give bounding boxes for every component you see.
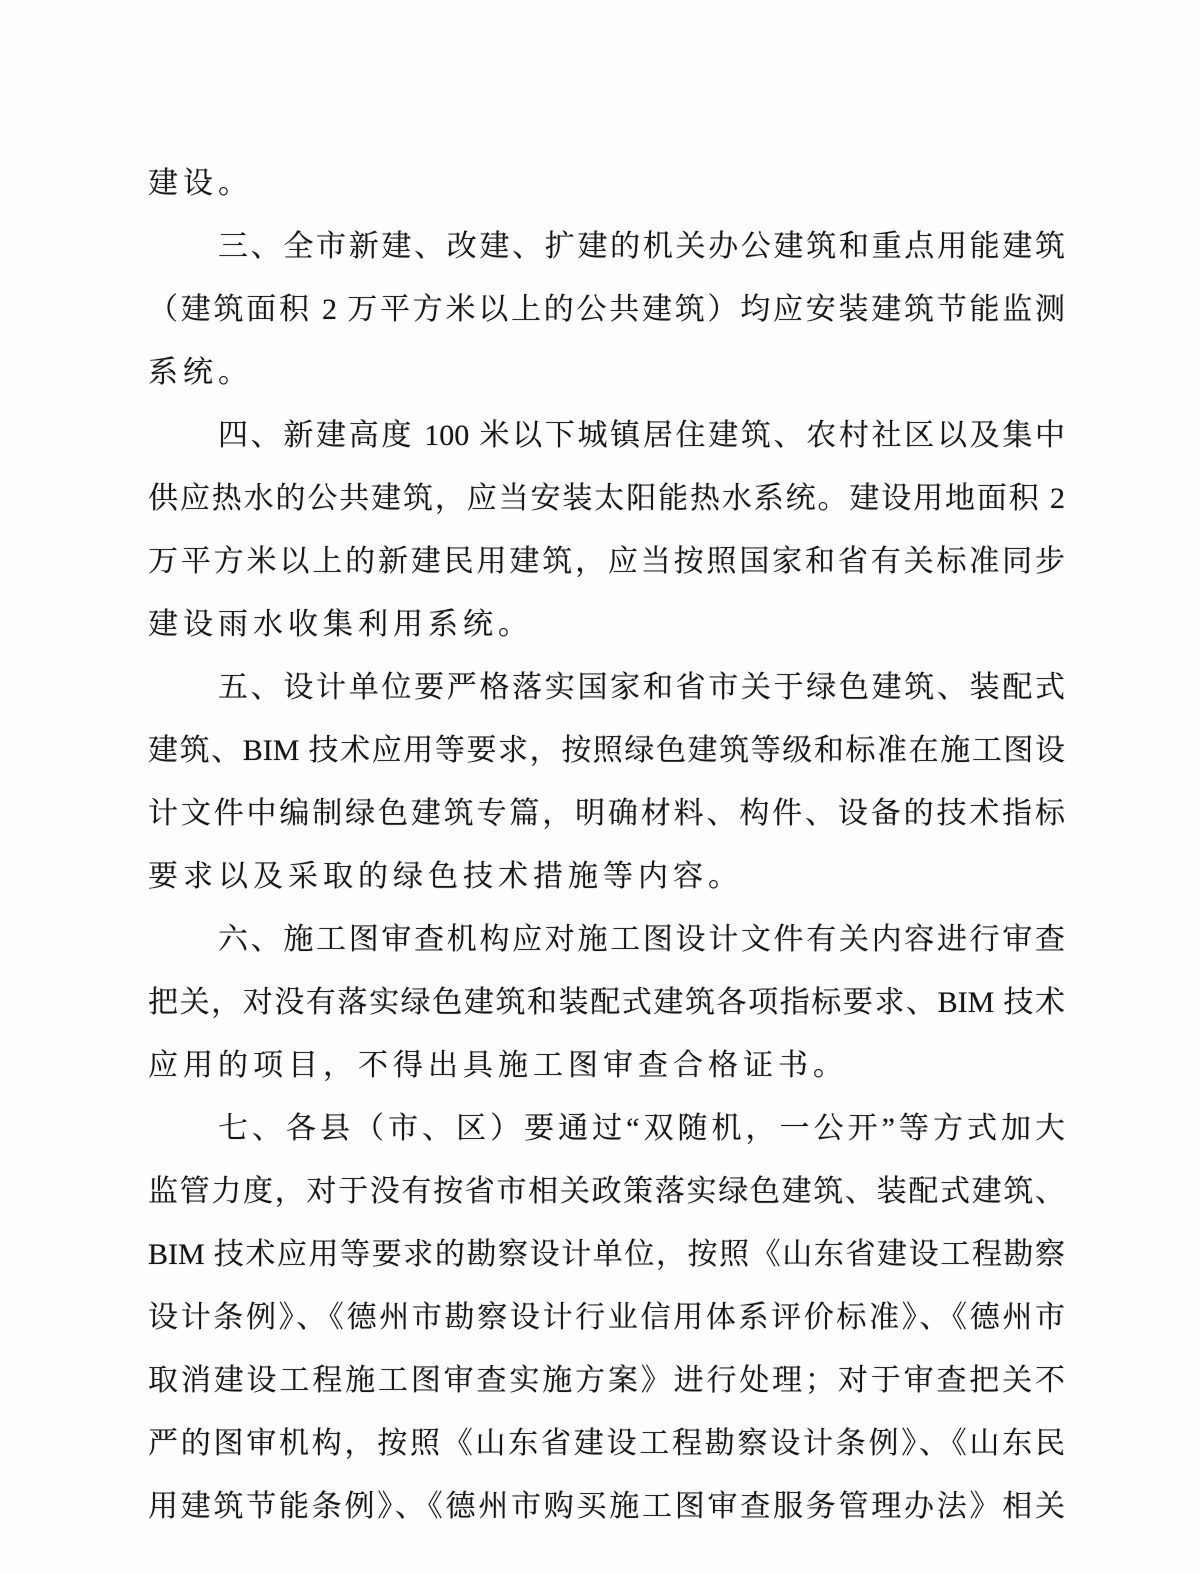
text-line: 用建筑节能条例》、《德州市购买施工图审查服务管理办法》相关 [148,1475,1065,1538]
text-line: 监管力度，对于没有按省市相关政策落实绿色建筑、装配式建筑、 [148,1160,1065,1223]
text-line: 把关，对没有落实绿色建筑和装配式建筑各项指标要求、BIM 技术 [148,971,1065,1034]
text-line: 供应热水的公共建筑，应当安装太阳能热水系统。建设用地面积 2 [148,467,1065,530]
text-line: 计文件中编制绿色建筑专篇，明确材料、构件、设备的技术指标 [148,782,1065,845]
text-line: 万平方米以上的新建民用建筑，应当按照国家和省有关标准同步 [148,530,1065,593]
text-line: 系统。 [148,341,1065,404]
text-line: 五、设计单位要严格落实国家和省市关于绿色建筑、装配式 [148,656,1065,719]
document-body: 建设。 三、全市新建、改建、扩建的机关办公建筑和重点用能建筑 （建筑面积 2 万… [148,152,1065,1538]
text-line: 设计条例》、《德州市勘察设计行业信用体系评价标准》、《德州市 [148,1286,1065,1349]
text-line: 建设雨水收集利用系统。 [148,593,1065,656]
text-line: 应用的项目，不得出具施工图审查合格证书。 [148,1034,1065,1097]
text-line: 建设。 [148,152,1065,215]
text-line: 四、新建高度 100 米以下城镇居住建筑、农村社区以及集中 [148,404,1065,467]
text-line: BIM 技术应用等要求的勘察设计单位，按照《山东省建设工程勘察 [148,1223,1065,1286]
text-line: （建筑面积 2 万平方米以上的公共建筑）均应安装建筑节能监测 [148,278,1065,341]
text-line: 建筑、BIM 技术应用等要求，按照绿色建筑等级和标准在施工图设 [148,719,1065,782]
document-page: 建设。 三、全市新建、改建、扩建的机关办公建筑和重点用能建筑 （建筑面积 2 万… [0,0,1200,1573]
text-line: 要求以及采取的绿色技术措施等内容。 [148,845,1065,908]
text-line: 取消建设工程施工图审查实施方案》进行处理；对于审查把关不 [148,1349,1065,1412]
text-line: 严的图审机构，按照《山东省建设工程勘察设计条例》、《山东民 [148,1412,1065,1475]
text-line: 六、施工图审查机构应对施工图设计文件有关内容进行审查 [148,908,1065,971]
text-line: 七、各县（市、区）要通过“双随机，一公开”等方式加大 [148,1097,1065,1160]
text-line: 三、全市新建、改建、扩建的机关办公建筑和重点用能建筑 [148,215,1065,278]
